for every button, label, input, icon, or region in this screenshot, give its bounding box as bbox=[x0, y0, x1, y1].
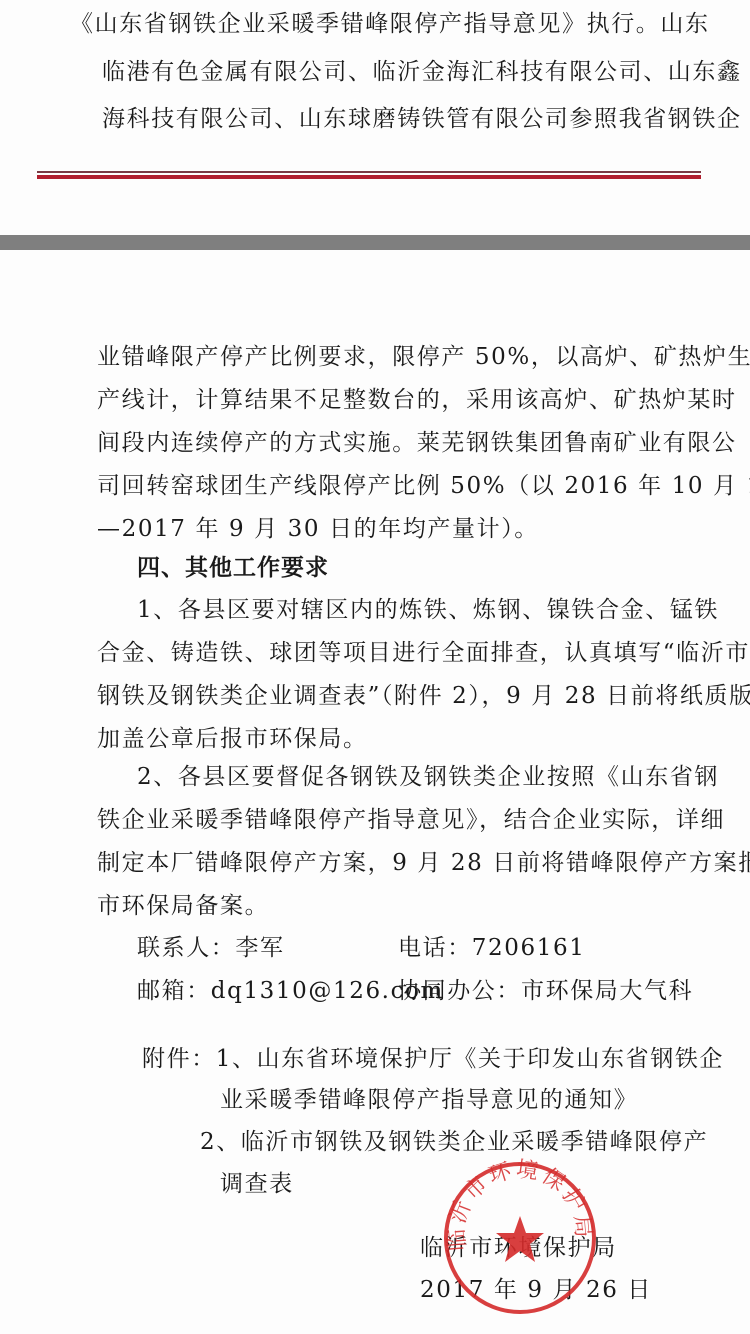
contact-office: 协同办公：市环保局大气科 bbox=[398, 971, 750, 1011]
text-line: 产线计，计算结果不足整数台的，采用该高炉、矿热炉某时 bbox=[97, 380, 750, 420]
text-line: 司回转窑球团生产线限停产比例 50%（以 2016 年 10 月 1 日 bbox=[97, 466, 750, 506]
text-line: 2、各县区要督促各钢铁及钢铁类企业按照《山东省钢 bbox=[137, 757, 750, 797]
text-line: 制定本厂错峰限停产方案，9 月 28 日前将错峰限停产方案报 bbox=[97, 843, 750, 883]
text-line: 间段内连续停产的方式实施。莱芜钢铁集团鲁南矿业有限公 bbox=[97, 423, 750, 463]
attachment-line: 业采暖季错峰限停产指导意见的通知》 bbox=[220, 1080, 750, 1120]
contact-phone: 电话：7206161 bbox=[398, 928, 750, 968]
text-line: 业错峰限产停产比例要求，限停产 50%，以高炉、矿热炉生 bbox=[97, 337, 750, 377]
official-seal-icon: 临沂市环境保护局 bbox=[440, 1158, 600, 1318]
text-line: 铁企业采暖季错峰限停产指导意见》，结合企业实际，详细 bbox=[97, 800, 750, 840]
text-line: 加盖公章后报市环保局。 bbox=[97, 719, 750, 759]
header-divider-thick bbox=[37, 175, 701, 179]
text-line: 《山东省钢铁企业采暖季错峰限停产指导意见》执行。山东 bbox=[70, 4, 750, 44]
text-line: 海科技有限公司、山东球磨铸铁管有限公司参照我省钢铁企 bbox=[102, 99, 750, 139]
page-separator bbox=[0, 235, 750, 250]
text-line: 1、各县区要对辖区内的炼铁、炼钢、镍铁合金、锰铁 bbox=[137, 590, 750, 630]
text-line: —2017 年 9 月 30 日的年均产量计）。 bbox=[97, 509, 750, 549]
attachment-line: 2、临沂市钢铁及钢铁类企业采暖季错峰限停产 bbox=[200, 1122, 750, 1162]
header-divider-thin bbox=[37, 171, 701, 173]
attachment-line: 附件：1、山东省环境保护厅《关于印发山东省钢铁企 bbox=[142, 1039, 750, 1079]
section-heading: 四、其他工作要求 bbox=[137, 548, 750, 588]
text-line: 钢铁及钢铁类企业调查表”（附件 2），9 月 28 日前将纸质版 bbox=[97, 676, 750, 716]
text-line: 市环保局备案。 bbox=[97, 886, 750, 926]
text-line: 临港有色金属有限公司、临沂金海汇科技有限公司、山东鑫 bbox=[102, 52, 750, 92]
text-line: 合金、铸造铁、球团等项目进行全面排查，认真填写“临沂市 bbox=[97, 633, 750, 673]
